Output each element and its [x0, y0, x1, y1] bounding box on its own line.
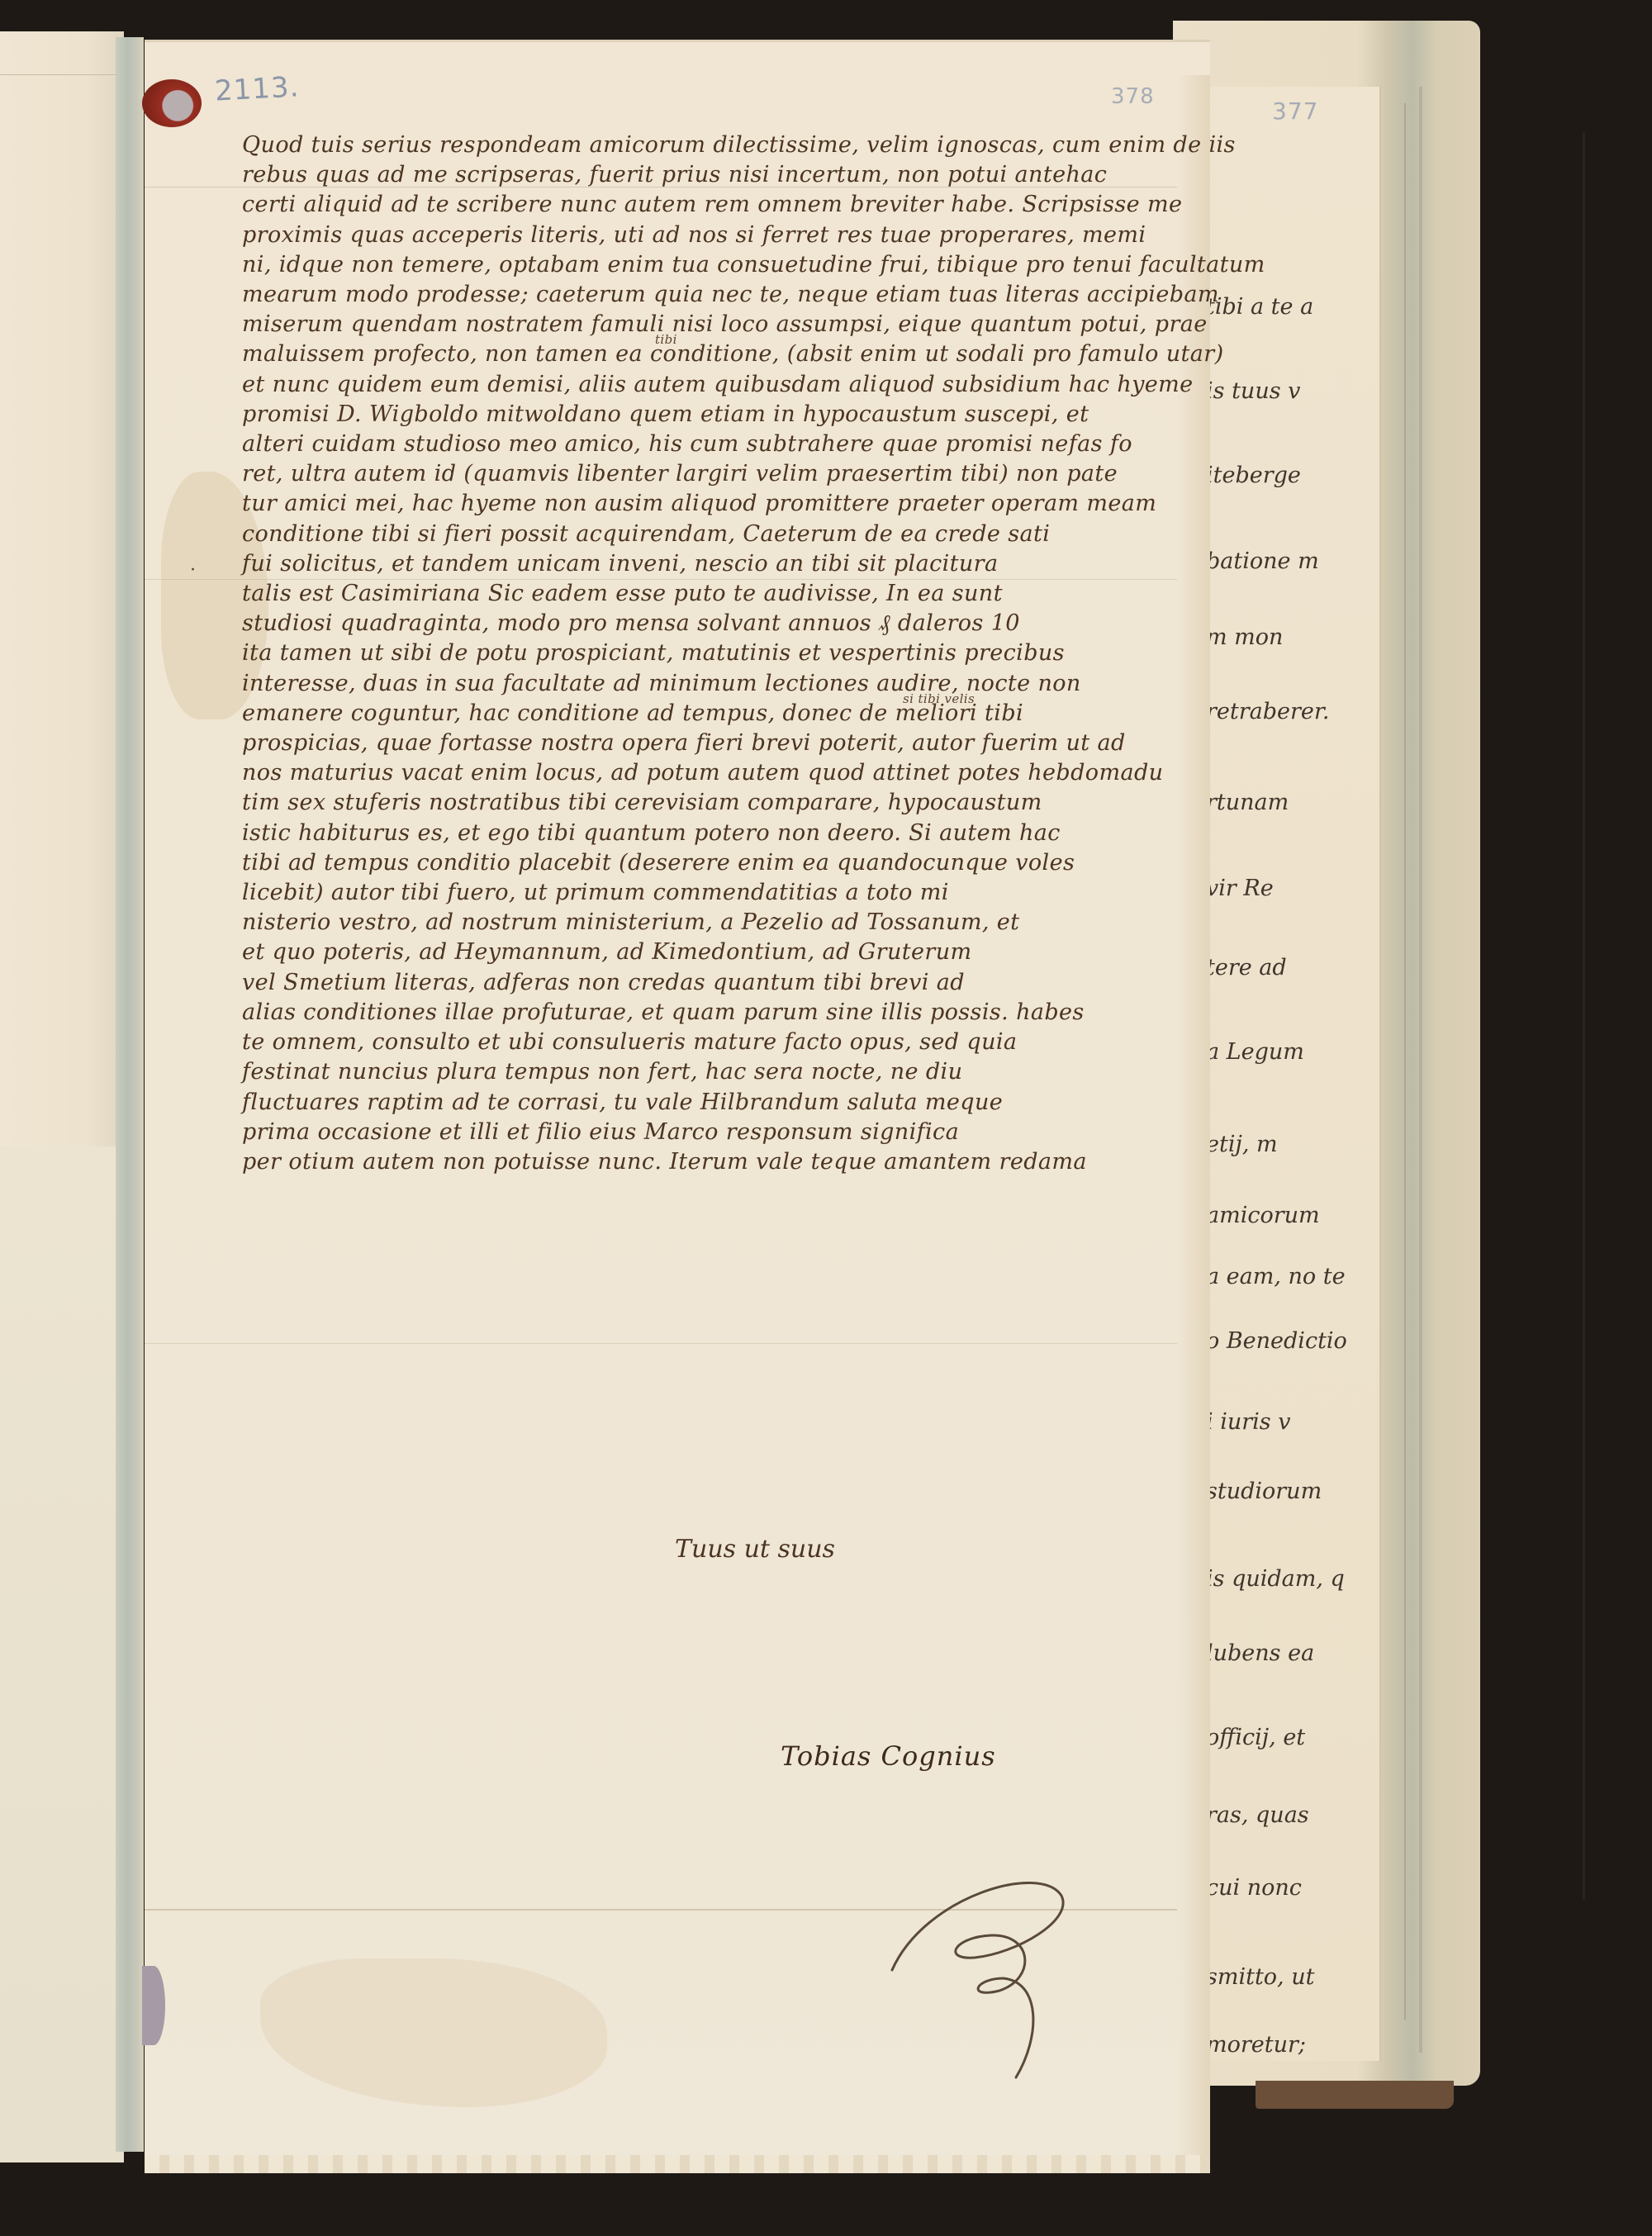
signature-flourish-icon: [876, 1863, 1090, 2127]
folio-number-secondary: 378: [1111, 84, 1155, 109]
letter-line: istic habiturus es, et ego tibi quantum …: [242, 819, 1225, 848]
book-gutter: [116, 37, 144, 2152]
letter-line: interesse, duas in sua facultate ad mini…: [242, 669, 1225, 699]
marginal-note: o Benedictio: [1206, 1328, 1347, 1354]
letter-line: maluissem profecto, non tamen ea conditi…: [242, 339, 1225, 369]
signature: Tobias Cognius: [781, 1740, 996, 1772]
letter-line: tim sex stuferis nostratibus tibi cerevi…: [242, 788, 1225, 818]
letter-line: miserum quendam nostratem famuli nisi lo…: [242, 310, 1225, 339]
wax-seal-remnant-icon: [142, 1966, 165, 2045]
fold-crease: [145, 1343, 1177, 1344]
background-seam: [1583, 132, 1585, 1900]
marginal-note: a eam, no te: [1206, 1264, 1346, 1289]
letter-line: ita tamen ut sibi de potu prospiciant, m…: [242, 639, 1225, 668]
letter-line: emanere coguntur, hac conditione ad temp…: [242, 699, 1225, 729]
letter-line: rebus quas ad me scripseras, fuerit priu…: [242, 160, 1225, 190]
marginal-note: lubens ea: [1206, 1640, 1314, 1666]
marginal-note: smitto, ut: [1206, 1964, 1314, 1990]
deckled-bottom-edge: [145, 2155, 1210, 2173]
letter-line: ret, ultra autem id (quamvis libenter la…: [242, 459, 1225, 489]
letter-line: tur amici mei, hac hyeme non ausim aliqu…: [242, 489, 1225, 519]
letter-line: mearum modo prodesse; caeterum quia nec …: [242, 280, 1225, 310]
interlinear-gloss: si tibi velis: [903, 684, 975, 714]
interlinear-gloss: tibi: [655, 325, 677, 354]
letter-line: certi aliquid ad te scribere nunc autem …: [242, 190, 1225, 220]
marginal-note: ras, quas: [1206, 1802, 1309, 1828]
letter-line: proximis quas acceperis literis, uti ad …: [242, 221, 1225, 250]
letter-line: fluctuares raptim ad te corrasi, tu vale…: [242, 1088, 1225, 1118]
folio-number-tertiary: 377: [1272, 97, 1318, 125]
marginal-note: moretur;: [1206, 2032, 1306, 2058]
letter-line: alteri cuidam studioso meo amico, his cu…: [242, 430, 1225, 459]
letter-line: studiosi quadraginta, modo pro mensa sol…: [242, 609, 1225, 639]
letter-line: ni, idque non temere, optabam enim tua c…: [242, 250, 1225, 280]
letter-body: Quod tuis serius respondeam amicorum dil…: [242, 131, 1225, 1177]
wax-seal-icon: [142, 79, 202, 127]
margin-dot: ·: [190, 560, 196, 581]
letter-line: fui solicitus, et tandem unicam inveni, …: [242, 549, 1225, 579]
letter-line: prospicias, quae fortasse nostra opera f…: [242, 729, 1225, 758]
letter-line: talis est Casimiriana Sic eadem esse put…: [242, 579, 1225, 609]
letter-line: et quo poteris, ad Heymannum, ad Kimedon…: [242, 938, 1225, 967]
verso-page: [0, 31, 124, 2162]
letter-line: tibi ad tempus conditio placebit (desere…: [242, 848, 1225, 878]
letter-line: promisi D. Wigboldo mitwoldano quem etia…: [242, 400, 1225, 430]
letter-line: prima occasione et illi et filio eius Ma…: [242, 1118, 1225, 1147]
letter-closing: Tuus ut suus: [675, 1535, 835, 1564]
letter-line: nos maturius vacat enim locus, ad potum …: [242, 758, 1225, 788]
letter-line: vel Smetium literas, adferas non credas …: [242, 968, 1225, 998]
binding-corner: [1256, 2081, 1454, 2109]
leaf-edge: [1419, 87, 1422, 2053]
marginal-note: amicorum: [1206, 1203, 1320, 1228]
marginal-note: i iuris v: [1206, 1409, 1290, 1435]
marginal-note: studiorum: [1206, 1479, 1322, 1504]
marginal-note: cui nonc: [1206, 1875, 1302, 1901]
letter-line: per otium autem non potuisse nunc. Iteru…: [242, 1147, 1225, 1177]
letter-line: conditione tibi si fieri possit acquiren…: [242, 520, 1225, 549]
letter-line: et nunc quidem eum demisi, aliis autem q…: [242, 370, 1225, 400]
letter-line: te omnem, consulto et ubi consulueris ma…: [242, 1028, 1225, 1057]
letter-line: alias conditiones illae profuturae, et q…: [242, 998, 1225, 1028]
verso-lower-area: [0, 1146, 124, 2162]
marginal-note: officij, et: [1206, 1725, 1305, 1750]
leaf-edge: [1404, 103, 1406, 2020]
folio-number: 2113.: [214, 70, 300, 107]
water-stain: [260, 1958, 607, 2107]
marginal-note: is quidam, q: [1206, 1566, 1345, 1592]
letter-line: licebit) autor tibi fuero, ut primum com…: [242, 878, 1225, 908]
letter-line: festinat nuncius plura tempus non fert, …: [242, 1057, 1225, 1087]
ruling-line: [0, 74, 116, 75]
letter-line: nisterio vestro, ad nostrum ministerium,…: [242, 908, 1225, 938]
letter-line: Quod tuis serius respondeam amicorum dil…: [242, 131, 1225, 160]
